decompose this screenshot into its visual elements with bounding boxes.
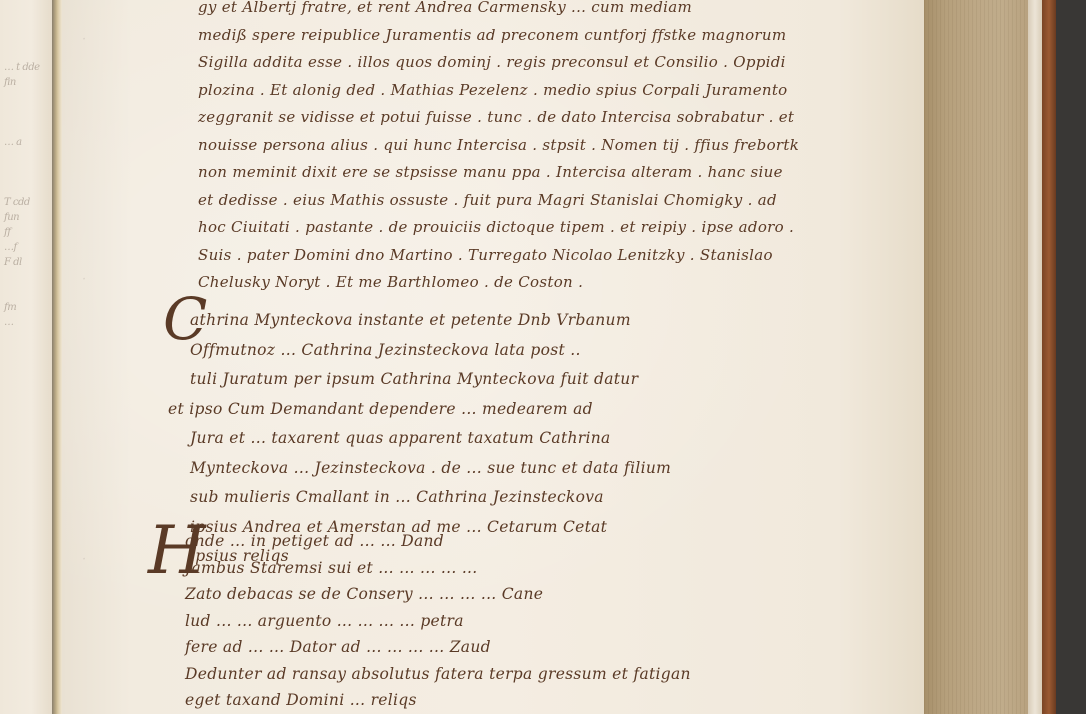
book-gutter [52,0,62,714]
text-line: Mynteckova ... Jezinsteckova . de ... su… [168,454,671,484]
left-page-sliver: … t dde fin … a T cdd fun ff …f F dl fm … [0,0,52,714]
text-line: Suis . pater Domini dno Martino . Turreg… [198,242,799,270]
dark-backdrop [1056,0,1086,714]
paragraph-3: onde ... in petiget ad ... ... Dand Jamb… [155,528,691,714]
text-line: et dedisse . eius Mathis ossuste . fuit … [198,187,799,215]
text-line: hoc Ciuitati . pastante . de prouiciis d… [198,214,799,242]
leather-cover-edge [1042,0,1056,714]
text-line: Chelusky Noryt . Et me Barthlomeo . de C… [198,269,799,297]
text-line: non meminit dixit ere se stpsisse manu p… [198,159,799,187]
page-block-fore-edge [924,0,1028,714]
text-line: mediß spere reipublice Juramentis ad pre… [198,22,799,50]
text-line: lud ... ... arguento ... ... ... ... pet… [155,608,691,635]
text-line: zeggranit se vidisse et potui fuisse . t… [198,104,799,132]
text-line: Jambus Staremsi sui et ... ... ... ... .… [155,555,691,582]
text-line: athrina Mynteckova instante et petente D… [168,306,671,336]
text-line: Dedunter ad ransay absolutus fatera terp… [155,661,691,688]
manuscript-photo: … t dde fin … a T cdd fun ff …f F dl fm … [0,0,1086,714]
text-line: gy et Albertj fratre, et rent Andrea Car… [198,0,799,22]
text-line: Zato debacas se de Consery ... ... ... .… [155,581,691,608]
text-line: Sigilla addita esse . illos quos dominj … [198,49,799,77]
endpaper-edge [1028,0,1042,714]
text-line: nouisse persona alius . qui hunc Interci… [198,132,799,160]
text-line: tuli Juratum per ipsum Cathrina Myntecko… [168,365,671,395]
text-line: eget taxand Domini ... reliqs [155,687,691,714]
left-page-marginalia: … t dde fin … a T cdd fun ff …f F dl fm … [4,60,48,330]
text-line: Offmutnoz ... Cathrina Jezinsteckova lat… [168,336,671,366]
text-line: et ipso Cum Demandant dependere ... mede… [168,395,671,425]
text-line: onde ... in petiget ad ... ... Dand [155,528,691,555]
text-line: sub mulieris Cmallant in ... Cathrina Je… [168,483,671,513]
text-line: plozina . Et alonig ded . Mathias Pezele… [198,77,799,105]
text-line: Jura et ... taxarent quas apparent taxat… [168,424,671,454]
paragraph-1: gy et Albertj fratre, et rent Andrea Car… [198,0,799,297]
text-line: fere ad ... ... Dator ad ... ... ... ...… [155,634,691,661]
